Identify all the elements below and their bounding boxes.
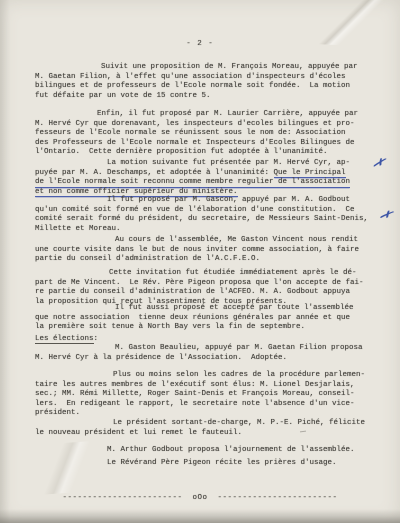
- paragraph-11: M. Arthur Godbout proposa l'ajournement …: [35, 446, 382, 456]
- paragraph-7: Il fut aussi proposé et accepté par tout…: [35, 304, 382, 333]
- typed-text: Suivit une proposition de M. François Mo…: [101, 63, 358, 71]
- paragraph-4: Il fut proposé par M. Gascon, appuyé par…: [35, 196, 382, 234]
- typed-line: partie du conseil d'administration de l'…: [35, 255, 382, 265]
- typed-line: M. Gaetan Filion, à l'effet qu'une assoc…: [35, 73, 382, 83]
- typed-line: Au cours de l'assemblée, Me Gaston Vince…: [35, 236, 382, 246]
- typed-line: fesseurs de l'Ecole normale se réunissen…: [35, 129, 382, 139]
- typed-text: la première soit tenue à North Bay vers …: [35, 323, 305, 331]
- typed-text: M. Hervé Cyr que dorenavant, les inspect…: [35, 120, 355, 128]
- document-text: Suivit une proposition de M. François Mo…: [0, 0, 400, 523]
- typed-line: de l'Ecole normale soit reconnu comme me…: [35, 178, 382, 188]
- paragraph-2: Enfin, il fut proposé par M. Laurier Car…: [35, 110, 382, 158]
- paragraph-1: Suivit une proposition de M. François Mo…: [35, 63, 382, 101]
- typed-text: sec.; MM. Rémi Millette, Roger Saint-Den…: [35, 390, 355, 398]
- typed-line: Suivit une proposition de M. François Mo…: [35, 63, 382, 73]
- typed-line: re partie du conseil d'administration de…: [35, 288, 382, 298]
- typed-line: Le Révérand Père Pigeon récite les prièr…: [35, 459, 382, 469]
- blue-ink-underlined-text: de l'Ecole normale soit reconnu comme me…: [35, 178, 350, 188]
- paragraph-6: Cette invitation fut étudiée immédiateme…: [35, 269, 382, 307]
- typed-text: Au cours de l'assemblée, Me Gaston Vince…: [115, 236, 358, 244]
- typed-line: Il fut aussi proposé et accepté par tout…: [35, 304, 382, 314]
- typed-line: M. Arthur Godbout proposa l'ajournement …: [35, 446, 382, 456]
- typed-line: Enfin, il fut proposé par M. Laurier Car…: [35, 110, 382, 120]
- typed-line: la première soit tenue à North Bay vers …: [35, 323, 382, 333]
- typed-text: bilingues et de professeurs de l'Ecole n…: [35, 82, 350, 90]
- blue-ink-underlined-text: Que le Principal: [274, 169, 346, 179]
- typed-text: que notre association tienne deux réunio…: [35, 314, 350, 322]
- typed-text: La motion suivante fut présentée par M. …: [107, 159, 350, 167]
- typed-text: qu'un comité soit formé en vue de l'élab…: [35, 206, 355, 214]
- typed-text: taire les autres membres de l'exécutif s…: [35, 381, 355, 389]
- typed-line: qu'un comité soit formé en vue de l'élab…: [35, 206, 382, 216]
- typed-text: Il fut proposé par M. Gascon, appuyé par…: [107, 196, 350, 204]
- typed-line: La motion suivante fut présentée par M. …: [35, 159, 382, 169]
- typed-line: fut défaite par un vote de 15 contre 5.: [35, 92, 382, 102]
- typed-text: fut défaite par un vote de 15 contre 5.: [35, 92, 211, 100]
- typed-line: taire les autres membres de l'exécutif s…: [35, 381, 382, 391]
- paragraph-5: Au cours de l'assemblée, Me Gaston Vince…: [35, 236, 382, 265]
- typed-line: sec.; MM. Rémi Millette, Roger Saint-Den…: [35, 390, 382, 400]
- typed-text: puyée par M. A. Deschamps, et adoptée à …: [35, 169, 274, 177]
- typed-text: comité serait formé du président, du sec…: [35, 215, 368, 223]
- paragraph-9: Plus ou moins selon les cadres de la pro…: [35, 371, 382, 419]
- typed-line: président.: [35, 409, 382, 419]
- typed-line: M. Hervé Cyr à la présidence de l'Associ…: [35, 354, 382, 364]
- typed-text: Plus ou moins selon les cadres de la pro…: [113, 371, 365, 379]
- typed-text: le nouveau président et lui remet le fau…: [35, 429, 242, 437]
- typed-line: des Professeurs de l'Ecole normale et In…: [35, 139, 382, 149]
- typed-text: président.: [35, 409, 80, 417]
- paragraph-8: M. Gaston Beaulieu, appuyé par M. Gaetan…: [35, 344, 382, 363]
- scanned-page: - 2 - Suivit une proposition de M. Franç…: [0, 0, 400, 523]
- typed-underlined-text: Les élections: [35, 335, 94, 344]
- typed-text: M. Gaston Beaulieu, appuyé par M. Gaetan…: [115, 344, 363, 352]
- typed-text: M. Gaetan Filion, à l'effet qu'une assoc…: [35, 73, 346, 81]
- typed-line: Cette invitation fut étudiée immédiateme…: [35, 269, 382, 279]
- paragraph-10: Le président sortant-de-charge, M. P.-E.…: [35, 419, 382, 438]
- typed-line: une courte visite dans le but de nous in…: [35, 246, 382, 256]
- typed-line: Millette et Moreau.: [35, 225, 382, 235]
- typed-text: fesseurs de l'Ecole normale se réunissen…: [35, 129, 346, 137]
- typed-line: l'Ontario. Cette dernière proposition fu…: [35, 148, 382, 158]
- typed-line: Le président sortant-de-charge, M. P.-E.…: [35, 419, 382, 429]
- typed-text: une courte visite dans le but de nous in…: [35, 246, 359, 254]
- typed-text: Le Révérand Père Pigeon récite les prièr…: [107, 459, 337, 467]
- typed-text: lers. En redigeant le rapport, le secret…: [35, 400, 355, 408]
- typed-text: Il fut aussi proposé et accepté par tout…: [115, 304, 354, 312]
- typed-text: M. Arthur Godbout proposa l'ajournement …: [107, 446, 355, 454]
- typed-line: bilingues et de professeurs de l'Ecole n…: [35, 82, 382, 92]
- typed-text: Le président sortant-de-charge, M. P.-E.…: [113, 419, 365, 427]
- typed-line: comité serait formé du président, du sec…: [35, 215, 382, 225]
- typed-line: puyée par M. A. Deschamps, et adoptée à …: [35, 169, 382, 179]
- typed-line: le nouveau président et lui remet le fau…: [35, 429, 382, 439]
- typed-text: Cette invitation fut étudiée immédiateme…: [109, 269, 357, 277]
- typed-line: M. Hervé Cyr que dorenavant, les inspect…: [35, 120, 382, 130]
- typed-line: que notre association tienne deux réunio…: [35, 314, 382, 324]
- typed-text: M. Hervé Cyr à la présidence de l'Associ…: [35, 354, 287, 362]
- paragraph-12: Le Révérand Père Pigeon récite les prièr…: [35, 459, 382, 469]
- typed-line: lers. En redigeant le rapport, le secret…: [35, 400, 382, 410]
- typed-line: Plus ou moins selon les cadres de la pro…: [35, 371, 382, 381]
- typed-line: Il fut proposé par M. Gascon, appuyé par…: [35, 196, 382, 206]
- typed-line: part de Me Vincent. Le Rév. Père Pigeon …: [35, 279, 382, 289]
- typed-text: Enfin, il fut proposé par M. Laurier Car…: [97, 110, 358, 118]
- typed-text: Millette et Moreau.: [35, 225, 121, 233]
- typed-text: partie du conseil d'administration de l'…: [35, 255, 260, 263]
- footer-divider: ------------------------ oOo -----------…: [0, 494, 400, 502]
- paragraph-3: La motion suivante fut présentée par M. …: [35, 159, 382, 197]
- typed-text: des Professeurs de l'Ecole normale et In…: [35, 139, 355, 147]
- typed-text: re partie du conseil d'administration de…: [35, 288, 350, 296]
- typed-text: part de Me Vincent. Le Rév. Père Pigeon …: [35, 279, 364, 287]
- typed-text: l'Ontario. Cette dernière proposition fu…: [35, 148, 328, 156]
- typed-text: :: [94, 335, 99, 343]
- typed-line: M. Gaston Beaulieu, appuyé par M. Gaetan…: [35, 344, 382, 354]
